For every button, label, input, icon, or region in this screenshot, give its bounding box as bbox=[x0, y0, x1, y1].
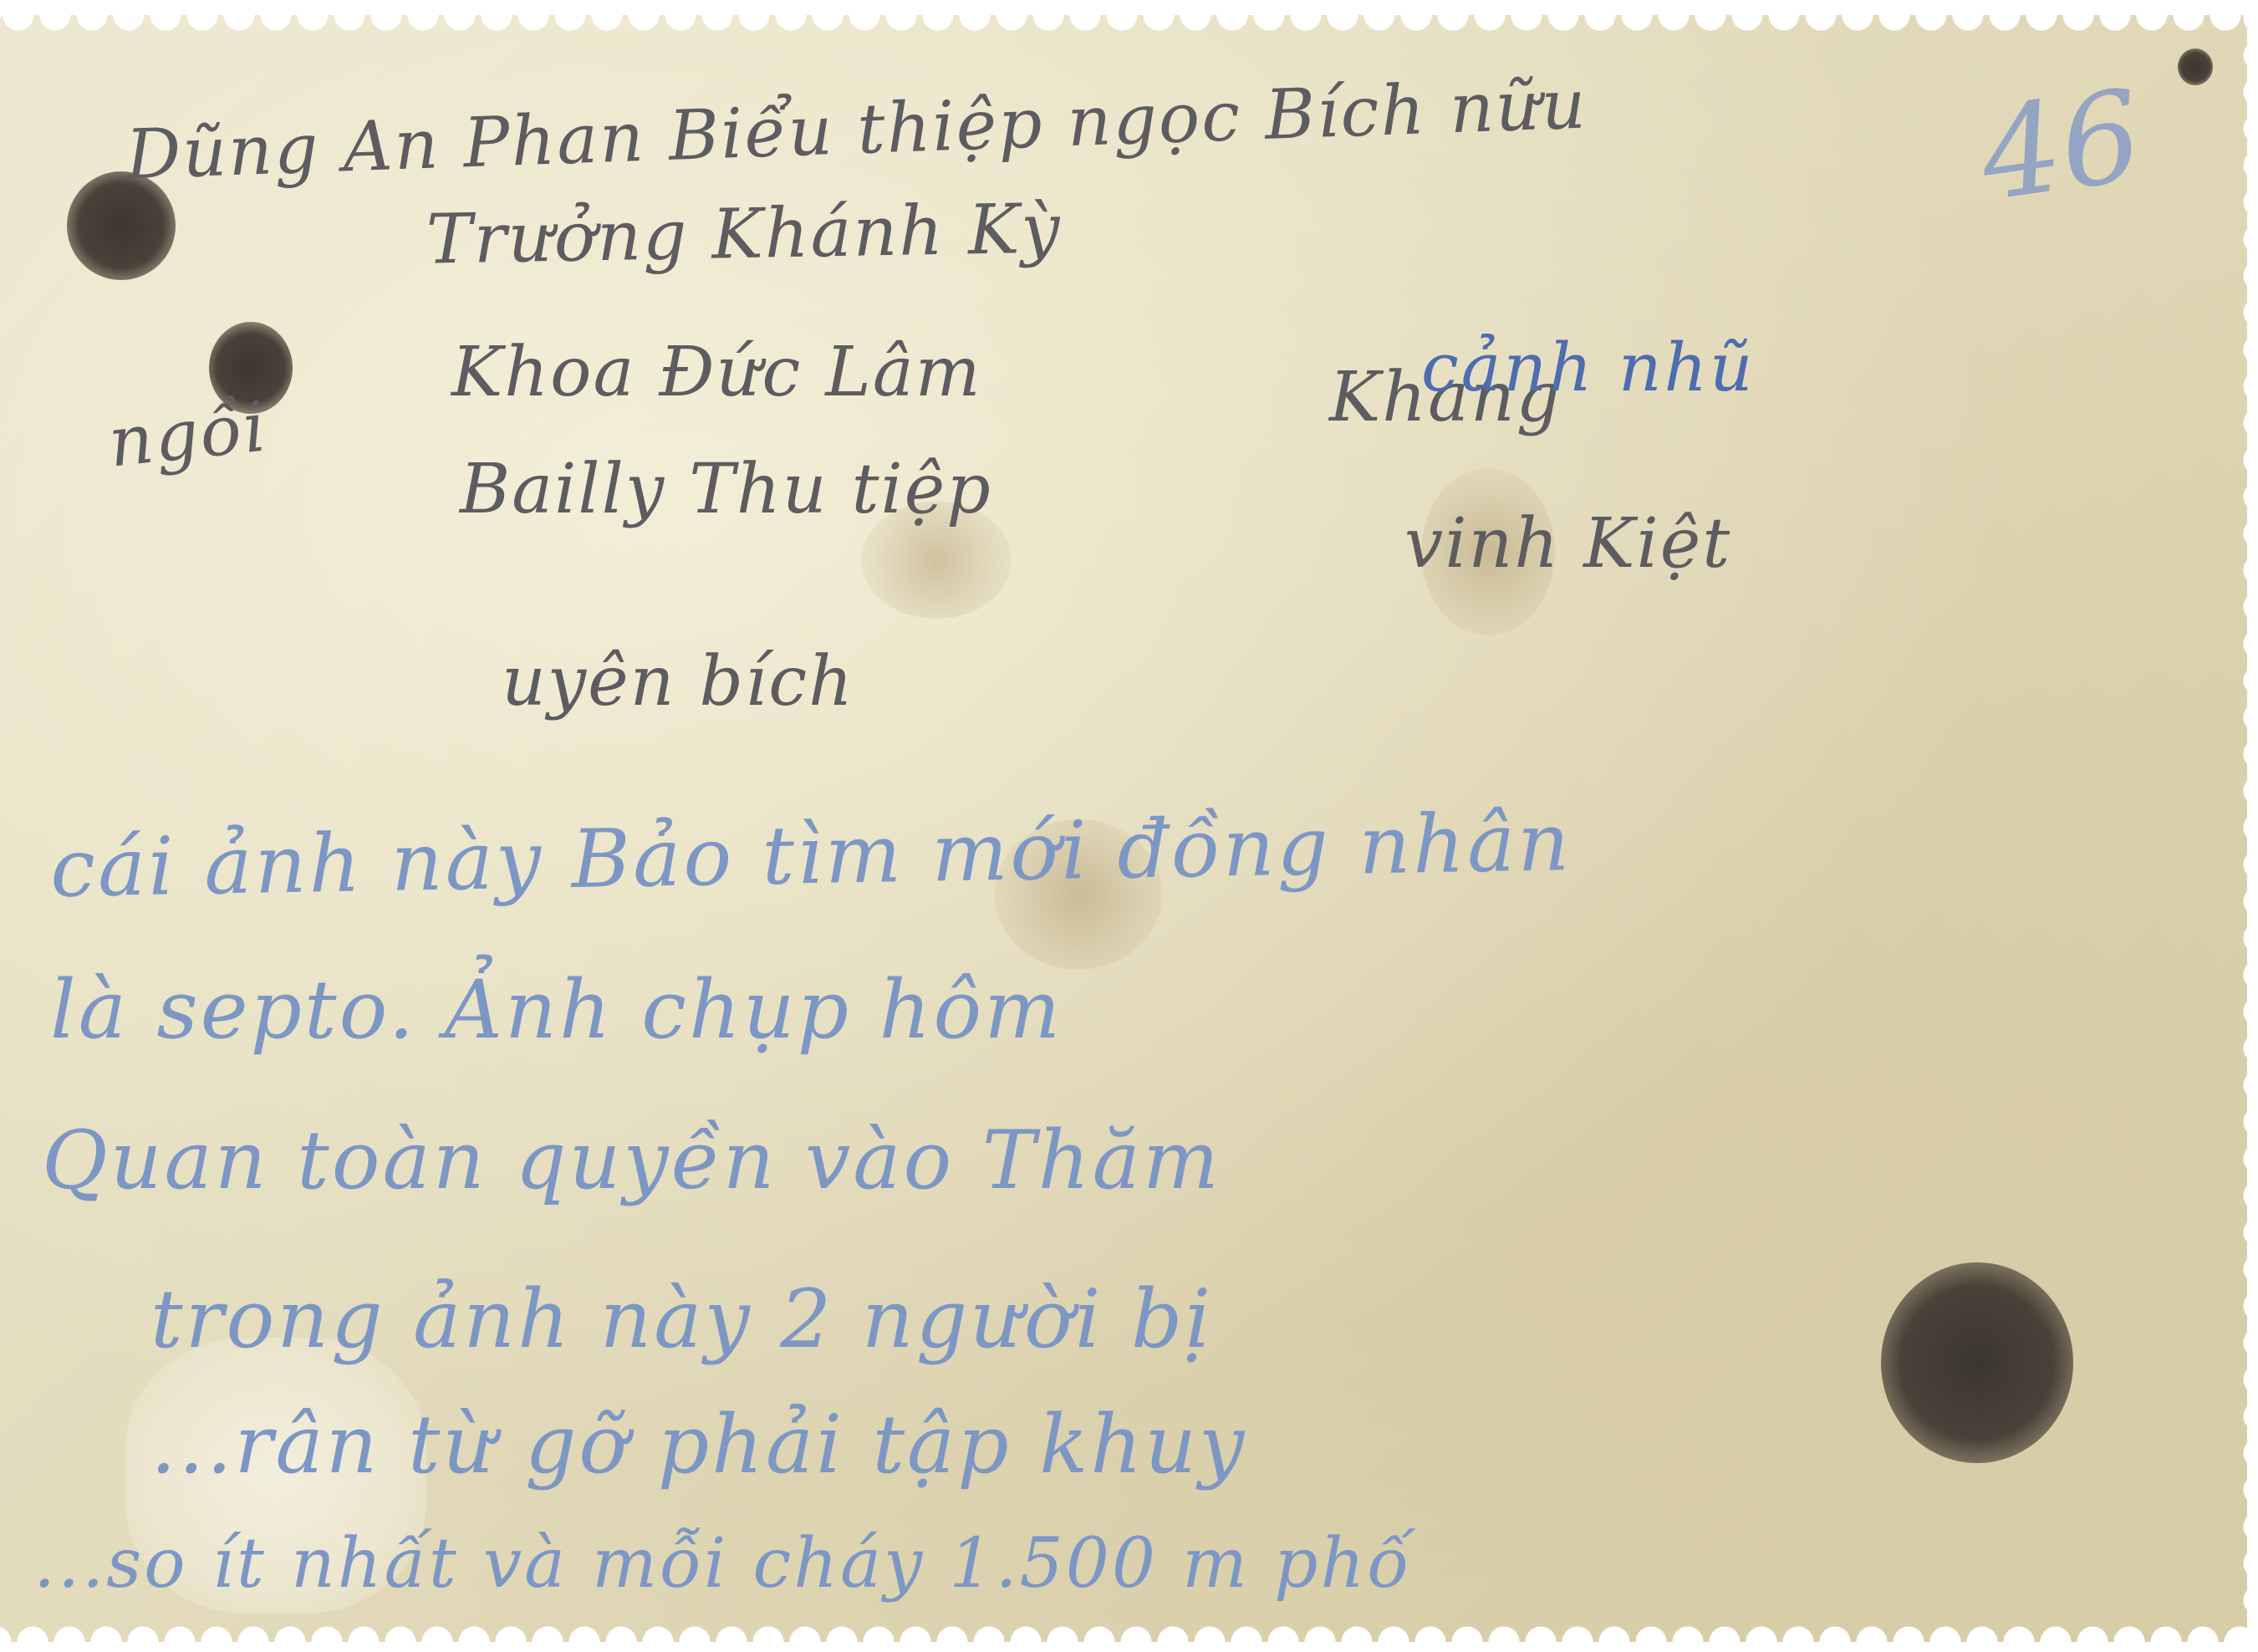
pencil-line-4-left: Bailly Thu tiệp bbox=[460, 456, 992, 524]
scalloped-bottom-edge bbox=[0, 1620, 2258, 1642]
ink-blot-top-right bbox=[2178, 48, 2213, 85]
pencil-line-4-right: vinh Kiệt bbox=[1404, 510, 1731, 579]
ink-line-4: trong ảnh này 2 người bị bbox=[150, 1279, 1213, 1359]
pencil-line-3-left: Khoa Đức Lâm bbox=[451, 339, 981, 407]
corner-number: 46 bbox=[1973, 73, 2148, 219]
ink-line-5: ...rân từ gỡ phải tập khuy bbox=[150, 1405, 1246, 1485]
scalloped-right-edge bbox=[2236, 0, 2258, 1652]
ink-insertion: cảnh nhũ bbox=[1421, 334, 1756, 401]
ink-blot-bottom-right bbox=[1881, 1262, 2073, 1463]
pencil-side-label: ngồi bbox=[105, 393, 270, 477]
pencil-line-2: Trưởng Khánh Kỳ bbox=[426, 195, 1062, 274]
ink-line-1: cái ảnh này Bảo tìm mới đồng nhân bbox=[49, 802, 1572, 909]
pencil-line-5: uyên bích bbox=[502, 648, 854, 716]
ink-line-6: ...so ít nhất và mỗi cháy 1.500 m phố bbox=[33, 1530, 1411, 1598]
ink-line-3: Quan toàn quyền vào Thăm bbox=[42, 1120, 1221, 1201]
scalloped-top-edge bbox=[0, 15, 2258, 37]
ink-line-2: là septo. Ảnh chụp hôm bbox=[50, 970, 1063, 1050]
